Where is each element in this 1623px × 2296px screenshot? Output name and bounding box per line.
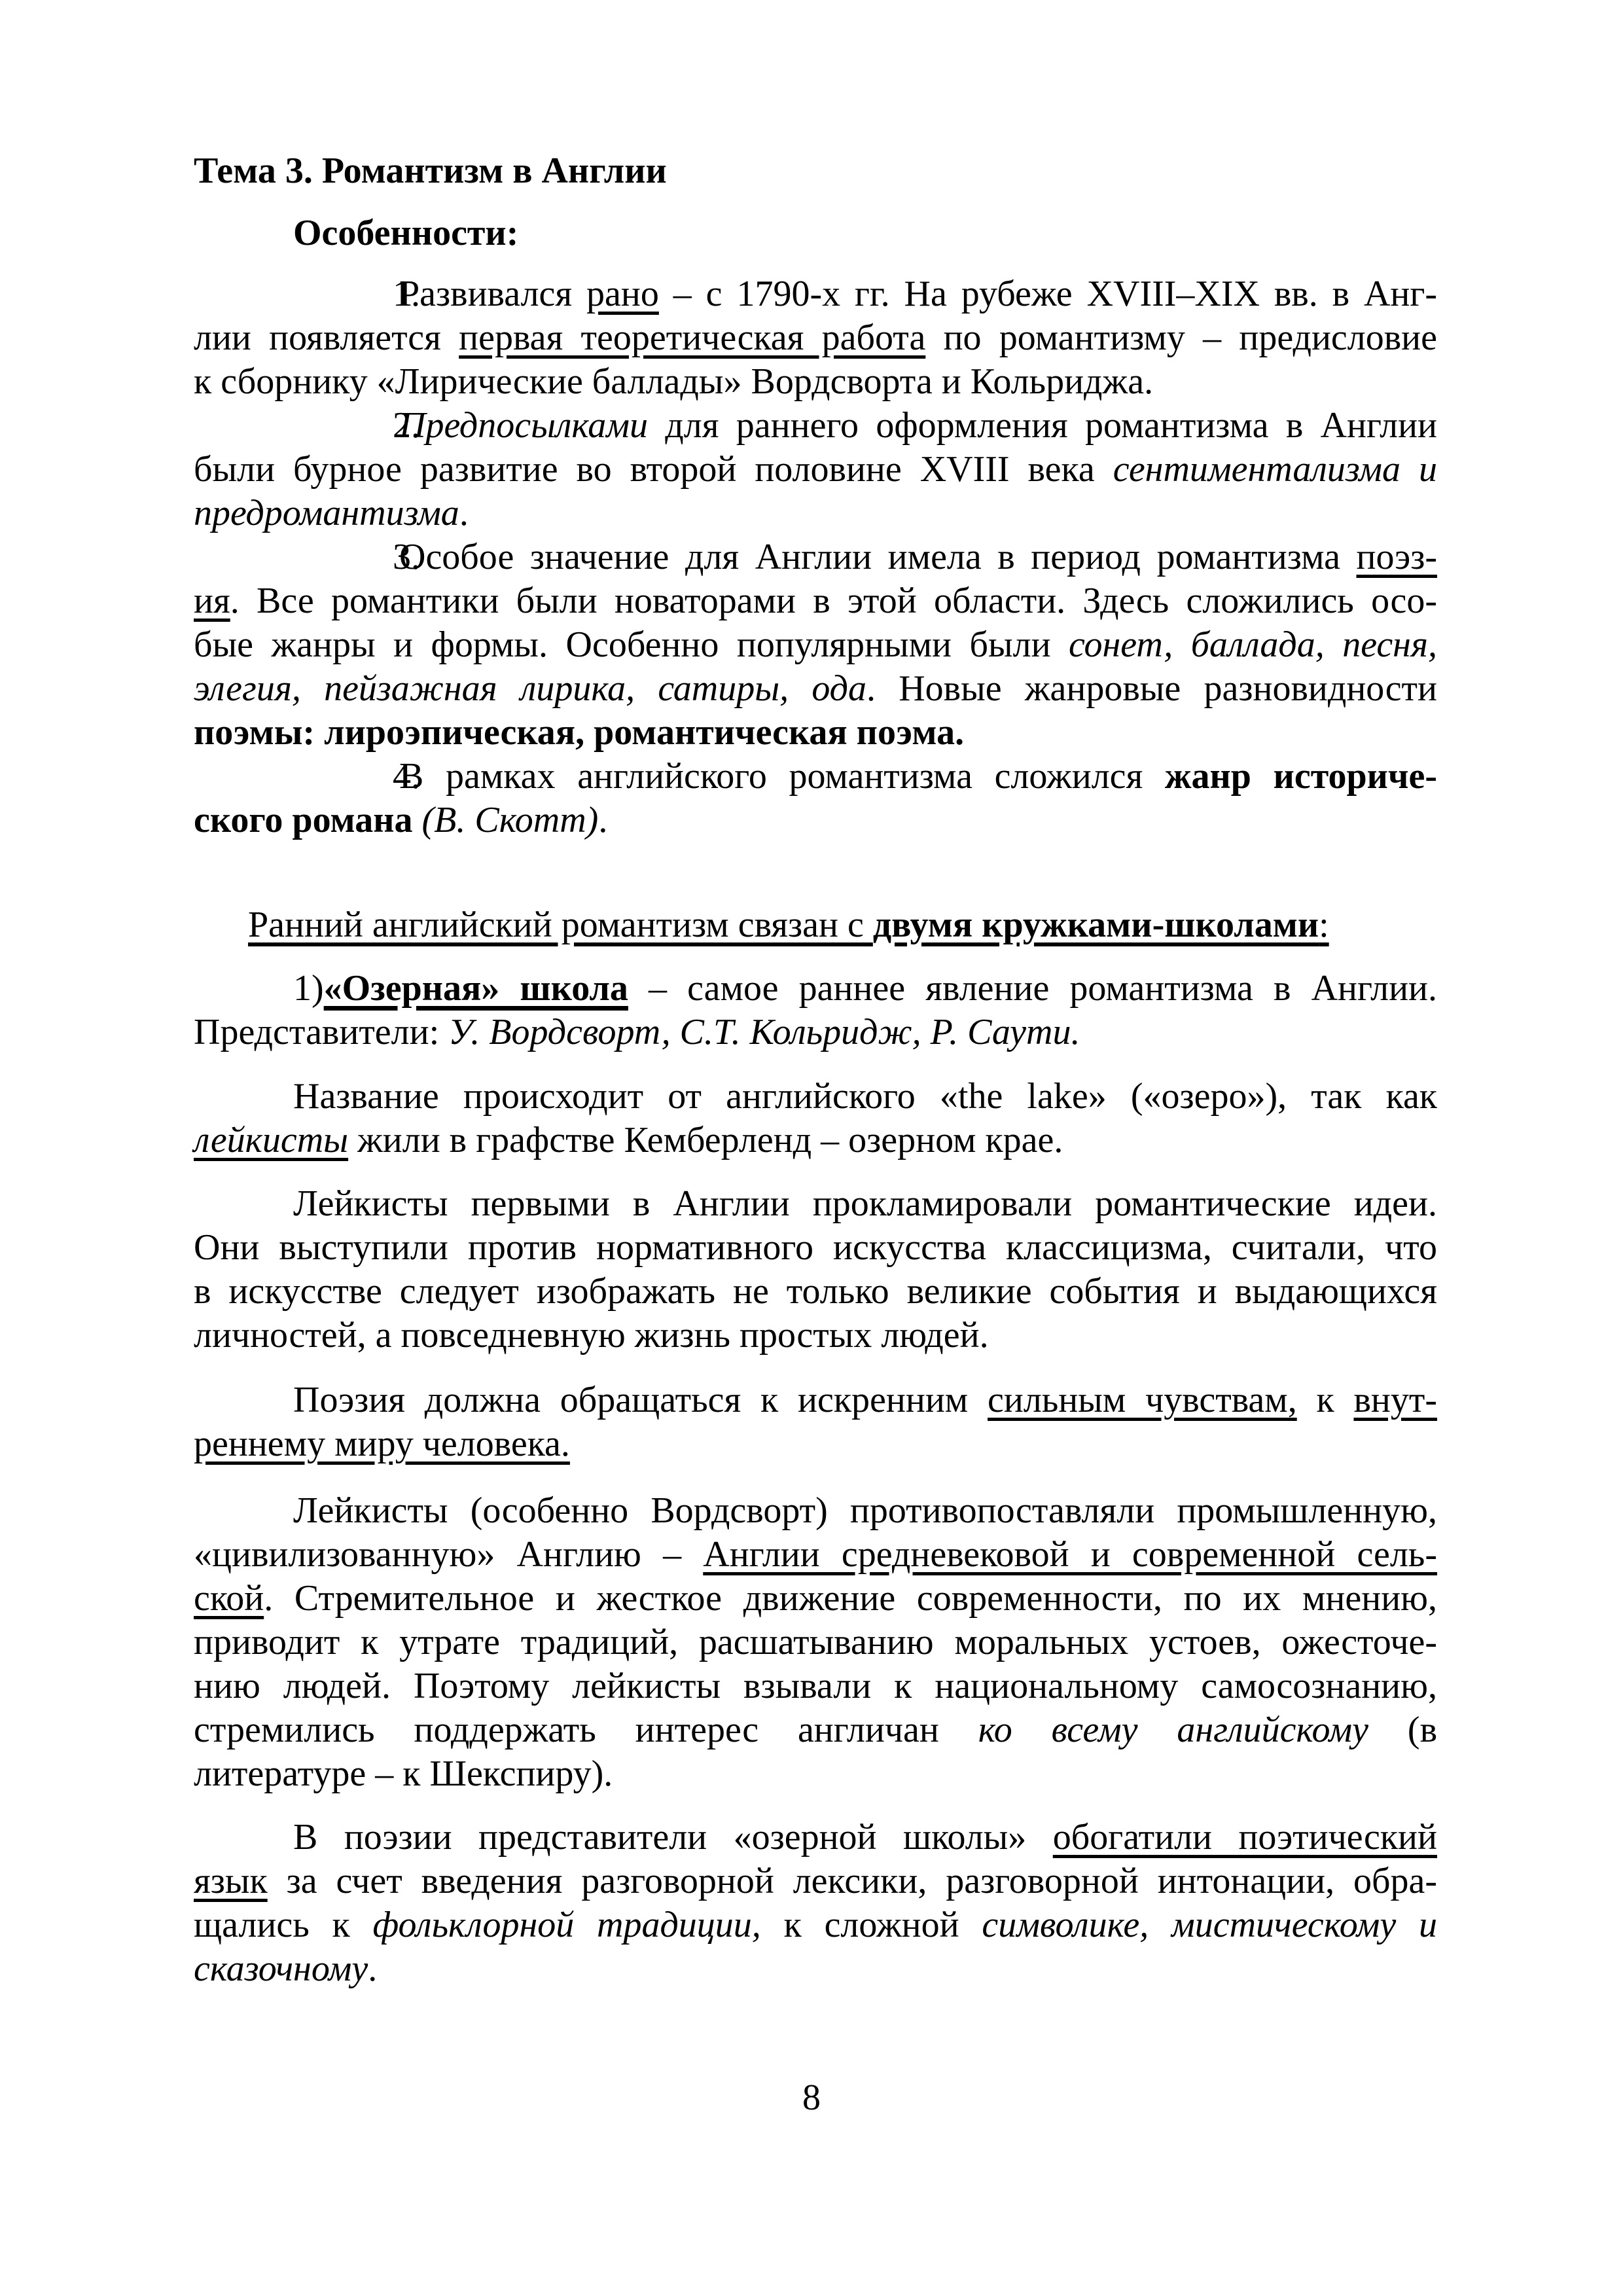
text-segment: ской [194, 1578, 264, 1619]
text-segment: поэмы: лироэпическая, романтическая поэм… [194, 712, 964, 753]
text-segment: (В. Скотт) [422, 800, 599, 840]
document-page: Тема 3. Романтизм в АнглииОсобенности:1.… [0, 0, 1623, 2296]
text-segment: Представители: [194, 1012, 448, 1052]
text-line: реннему миру человека. [194, 1422, 1437, 1466]
text-segment: . Стремительное и жесткое движение совре… [264, 1578, 1437, 1619]
text-line: Тема 3. Романтизм в Англии [194, 149, 1437, 193]
text-segment: Развивался [399, 274, 586, 314]
paragraph-heading: Ранний английский романтизм связан с дву… [194, 903, 1437, 947]
text-segment: ского романа [194, 800, 422, 840]
text-line: Они выступили против нормативного искусс… [194, 1226, 1437, 1270]
text-line: 4.В рамках английского романтизма сложил… [194, 755, 1437, 798]
text-line: литературе – к Шекспиру). [194, 1752, 1437, 1796]
text-segment: для раннего оформления романтизма в Англ… [648, 405, 1437, 446]
text-line: Лейкисты (особенно Вордсворт) противопос… [194, 1489, 1437, 1533]
text-segment: . Новые жанровые разновидности [866, 668, 1437, 709]
text-segment: «Озерная» школа [324, 968, 628, 1009]
text-line: в искусстве следует изображать не только… [194, 1270, 1437, 1314]
list-number: 3. [293, 535, 399, 579]
paragraph-subheading: Особенности: [194, 211, 1437, 255]
text-segment: личностей, а повседневную жизнь простых … [194, 1315, 989, 1355]
text-line: бые жанры и формы. Особенно популярными … [194, 623, 1437, 667]
text-segment: Англии средневековой и современной сель- [703, 1534, 1437, 1575]
text-line: щались к фольклорной традиции, к сложной… [194, 1903, 1437, 1947]
text-segment: (в [1368, 1710, 1437, 1750]
text-segment: фольклорной традиции, [373, 1905, 761, 1945]
text-line: стремились поддержать интерес англичан к… [194, 1708, 1437, 1752]
text-segment: предромантизма [194, 493, 459, 533]
text-segment: ия [194, 581, 230, 621]
text-line: Особенности: [194, 211, 1437, 255]
text-line: 2.Предпосылками для раннего оформления р… [194, 404, 1437, 448]
text-line: были бурное развитие во второй половине … [194, 448, 1437, 492]
text-line: предромантизма. [194, 492, 1437, 535]
text-segment: «цивилизованную» Англию – [194, 1534, 703, 1575]
text-segment: бые жанры и формы. Особенно популярными … [194, 624, 1069, 665]
text-segment: язык [194, 1861, 268, 1901]
text-segment: В рамках английского романтизма сложился [399, 756, 1165, 797]
text-line: В поэзии представители «озерной школы» о… [194, 1816, 1437, 1859]
paragraph-nazvanie: Название происходит от английского «the … [194, 1075, 1437, 1162]
text-line: поэмы: лироэпическая, романтическая поэм… [194, 711, 1437, 755]
text-segment: сонет, баллада, песня, [1069, 624, 1437, 665]
list-number: 2. [293, 404, 399, 448]
text-line: язык за счет введения разговорной лексик… [194, 1859, 1437, 1903]
text-segment: У. Вордсворт, С.Т. Кольридж, Р. Саути. [448, 1012, 1080, 1052]
text-segment: приводит к утрате традиций, расшатыванию… [194, 1622, 1437, 1662]
text-line: приводит к утрате традиций, расшатыванию… [194, 1621, 1437, 1664]
list-number: 1. [293, 272, 399, 316]
text-segment: Они выступили против нормативного искусс… [194, 1227, 1437, 1268]
text-line: ия. Все романтики были новаторами в этой… [194, 579, 1437, 623]
text-line: сказочному. [194, 1947, 1437, 1991]
text-segment: в искусстве следует изображать не только… [194, 1271, 1437, 1312]
paragraph-poeziya: Поэзия должна обращаться к искренним сил… [194, 1378, 1437, 1466]
text-line: личностей, а повседневную жизнь простых … [194, 1314, 1437, 1357]
paragraph-item-1: 1.Развивался рано – с 1790-х гг. На рубе… [194, 272, 1437, 404]
text-segment: Поэзия должна обращаться к искренним [293, 1380, 988, 1420]
text-segment: реннему миру человека. [194, 1424, 570, 1464]
text-segment: – самое раннее явление романтизма в Англ… [628, 968, 1437, 1009]
text-segment: . [368, 1948, 377, 1989]
text-segment: . Все романтики были новаторами в этой о… [230, 581, 1437, 621]
text-segment: по романтизму – предисловие [925, 317, 1437, 358]
text-line: 3.Особое значение для Англии имела в пер… [194, 535, 1437, 579]
text-segment: рано [586, 274, 659, 314]
text-line: «цивилизованную» Англию – Англии среднев… [194, 1533, 1437, 1577]
text-line: Представители: У. Вордсворт, С.Т. Кольри… [194, 1011, 1437, 1054]
text-segment: внут- [1353, 1380, 1437, 1420]
text-segment: Лейкисты первыми в Англии прокламировали… [293, 1183, 1437, 1224]
text-segment: лии появляется [194, 317, 459, 358]
text-segment: Лейкисты (особенно Вордсворт) противопос… [293, 1490, 1437, 1531]
text-segment: Особое значение для Англии имела в перио… [399, 537, 1357, 577]
text-segment: элегия, пейзажная лирика, сатиры, ода [194, 668, 866, 709]
text-line: 1.Развивался рано – с 1790-х гг. На рубе… [194, 272, 1437, 316]
text-segment: Тема 3. Романтизм в Англии [194, 151, 667, 191]
text-line: ского романа (В. Скотт). [194, 798, 1437, 842]
text-segment: ко всему английскому [978, 1710, 1368, 1750]
text-segment: нию людей. Поэтому лейкисты взывали к на… [194, 1666, 1437, 1706]
text-line: 1)«Озерная» школа – самое раннее явление… [194, 967, 1437, 1011]
paragraph-item-2: 2.Предпосылками для раннего оформления р… [194, 404, 1437, 535]
text-segment: сказочному [194, 1948, 368, 1989]
text-line: Ранний английский романтизм связан с дву… [194, 903, 1437, 947]
text-segment: : [1319, 905, 1329, 945]
text-segment: стремились поддержать интерес англичан [194, 1710, 978, 1750]
text-segment: щались к [194, 1905, 373, 1945]
paragraph-leikisty-1: Лейкисты первыми в Англии прокламировали… [194, 1182, 1437, 1357]
text-segment: к сложной [761, 1905, 982, 1945]
text-segment: . [459, 493, 469, 533]
text-segment: сентиментализма и [1113, 449, 1437, 490]
text-line: Поэзия должна обращаться к искренним сил… [194, 1378, 1437, 1422]
paragraph-v-poezii: В поэзии представители «озерной школы» о… [194, 1816, 1437, 1991]
text-segment: к сборнику «Лирические баллады» Вордсвор… [194, 361, 1153, 402]
text-segment: обогатили поэтический [1053, 1817, 1437, 1857]
page-number: 8 [0, 2076, 1623, 2120]
paragraph-ozernaya: 1)«Озерная» школа – самое раннее явление… [194, 967, 1437, 1054]
text-line: Лейкисты первыми в Англии прокламировали… [194, 1182, 1437, 1226]
text-segment: первая теоретическая работа [459, 317, 925, 358]
document-content: Тема 3. Романтизм в АнглииОсобенности:1.… [194, 149, 1437, 1991]
paragraph-item-3: 3.Особое значение для Англии имела в пер… [194, 535, 1437, 755]
text-segment: Название происходит от английского «the … [293, 1076, 1437, 1117]
text-segment: поэз- [1357, 537, 1437, 577]
text-segment: лейкисты [194, 1120, 348, 1160]
text-segment: Особенности: [293, 213, 518, 253]
text-segment: Ранний английский романтизм связан с [248, 905, 873, 945]
text-segment: сильным чувствам, [988, 1380, 1297, 1420]
text-segment: жили в графстве Кемберленд – озерном кра… [348, 1120, 1063, 1160]
text-line: лейкисты жили в графстве Кемберленд – оз… [194, 1119, 1437, 1162]
paragraph-leikisty-2: Лейкисты (особенно Вордсворт) противопос… [194, 1489, 1437, 1796]
text-line: лии появляется первая теоретическая рабо… [194, 316, 1437, 360]
text-segment: двумя кружками-школами [873, 905, 1319, 945]
text-segment: за счет введения разговорной лексики, ра… [268, 1861, 1437, 1901]
text-segment: В поэзии представители «озерной школы» [293, 1817, 1053, 1857]
text-segment: символике, мистическому и [982, 1905, 1437, 1945]
text-segment: к [1297, 1380, 1354, 1420]
text-line: Название происходит от английского «the … [194, 1075, 1437, 1119]
text-segment: жанр историче- [1165, 756, 1437, 797]
text-segment: 1) [293, 968, 324, 1009]
text-segment: . [598, 800, 607, 840]
text-line: элегия, пейзажная лирика, сатиры, ода. Н… [194, 667, 1437, 711]
text-segment: были бурное развитие во второй половине … [194, 449, 1113, 490]
paragraph-title: Тема 3. Романтизм в Англии [194, 149, 1437, 193]
list-number: 4. [293, 755, 399, 798]
text-segment: литературе – к Шекспиру). [194, 1753, 613, 1794]
text-line: к сборнику «Лирические баллады» Вордсвор… [194, 360, 1437, 404]
text-segment: Предпосылками [399, 405, 648, 446]
text-line: нию людей. Поэтому лейкисты взывали к на… [194, 1664, 1437, 1708]
paragraph-item-4: 4.В рамках английского романтизма сложил… [194, 755, 1437, 842]
text-line: ской. Стремительное и жесткое движение с… [194, 1577, 1437, 1621]
text-segment: – с 1790-х гг. На рубеже XVIII–XIX вв. в… [659, 274, 1437, 314]
